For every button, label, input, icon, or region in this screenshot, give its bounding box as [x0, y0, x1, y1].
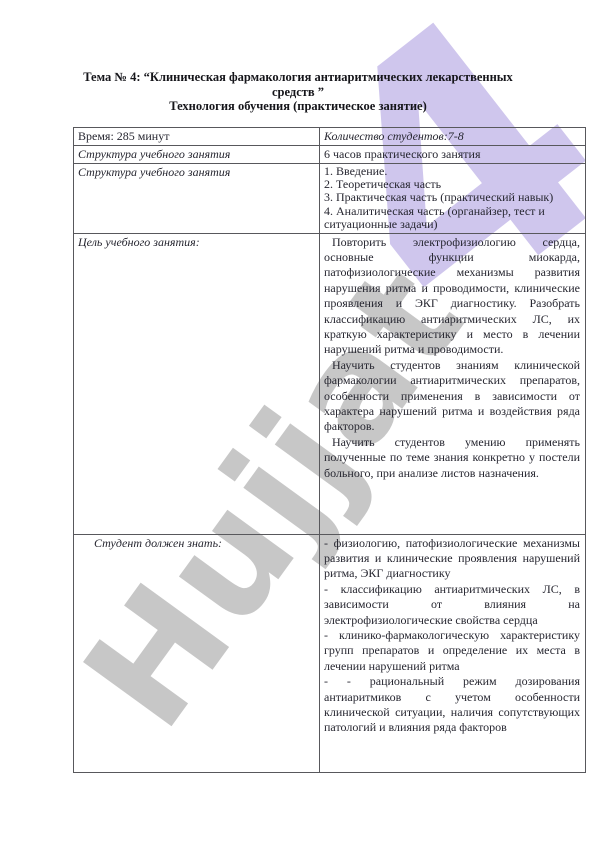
- structure-part-3: 3. Практическая часть (практический навы…: [324, 191, 580, 204]
- structure-part-1: 1. Введение.: [324, 165, 580, 178]
- structure-label-cell-2: Структура учебного занятия: [74, 163, 320, 233]
- time-label-cell: Время: 285 минут: [74, 127, 320, 145]
- goal-text-cell: Повторить электрофизиологию сердца, осно…: [320, 233, 586, 534]
- structure-label-cell: Структура учебного занятия: [74, 145, 320, 163]
- document-title: Тема № 4: “Клиническая фармакология анти…: [38, 0, 558, 114]
- must-know-list-cell: - физиологию, патофизиологические механи…: [320, 534, 586, 772]
- must-know-item-2: - классификацию антиаритмических ЛС, в з…: [324, 582, 580, 628]
- must-know-label-cell: Студент должен знать:: [74, 534, 320, 772]
- goal-label-cell: Цель учебного занятия:: [74, 233, 320, 534]
- table-row-structure-parts: Структура учебного занятия 1. Введение. …: [74, 163, 586, 233]
- hours-value-cell: 6 часов практического занятия: [320, 145, 586, 163]
- structure-part-2: 2. Теоретическая часть: [324, 178, 580, 191]
- table-row-time: Время: 285 минут Количество студентов:7-…: [74, 127, 586, 145]
- structure-part-4: 4. Аналитическая часть (органайзер, тест…: [324, 205, 580, 232]
- document-page: Hujjat 4 Тема № 4: “Клиническая фармакол…: [0, 0, 596, 842]
- title-line-3: Технология обучения (практическое заняти…: [38, 99, 558, 114]
- must-know-item-1: - физиологию, патофизиологические механи…: [324, 536, 580, 582]
- title-line-2: средств ”: [38, 85, 558, 100]
- goal-paragraph-2: Научить студентов знаниям клинической фа…: [324, 358, 580, 435]
- title-line-1: Тема № 4: “Клиническая фармакология анти…: [38, 70, 558, 85]
- must-know-item-4: - - рациональный режим дозирования антиа…: [324, 674, 580, 736]
- goal-paragraph-1: Повторить электрофизиологию сердца, осно…: [324, 235, 580, 358]
- table-row-student-must-know: Студент должен знать: - физиологию, пато…: [74, 534, 586, 772]
- table-row-structure-hours: Структура учебного занятия 6 часов практ…: [74, 145, 586, 163]
- document-content: Тема № 4: “Клиническая фармакология анти…: [0, 0, 596, 773]
- lesson-plan-table: Время: 285 минут Количество студентов:7-…: [73, 127, 586, 773]
- must-know-item-3: - клинико-фармакологическую характеристи…: [324, 628, 580, 674]
- structure-parts-cell: 1. Введение. 2. Теоретическая часть 3. П…: [320, 163, 586, 233]
- goal-paragraph-3: Научить студентов умению применять получ…: [324, 435, 580, 481]
- table-row-goal: Цель учебного занятия: Повторить электро…: [74, 233, 586, 534]
- students-count-cell: Количество студентов:7-8: [320, 127, 586, 145]
